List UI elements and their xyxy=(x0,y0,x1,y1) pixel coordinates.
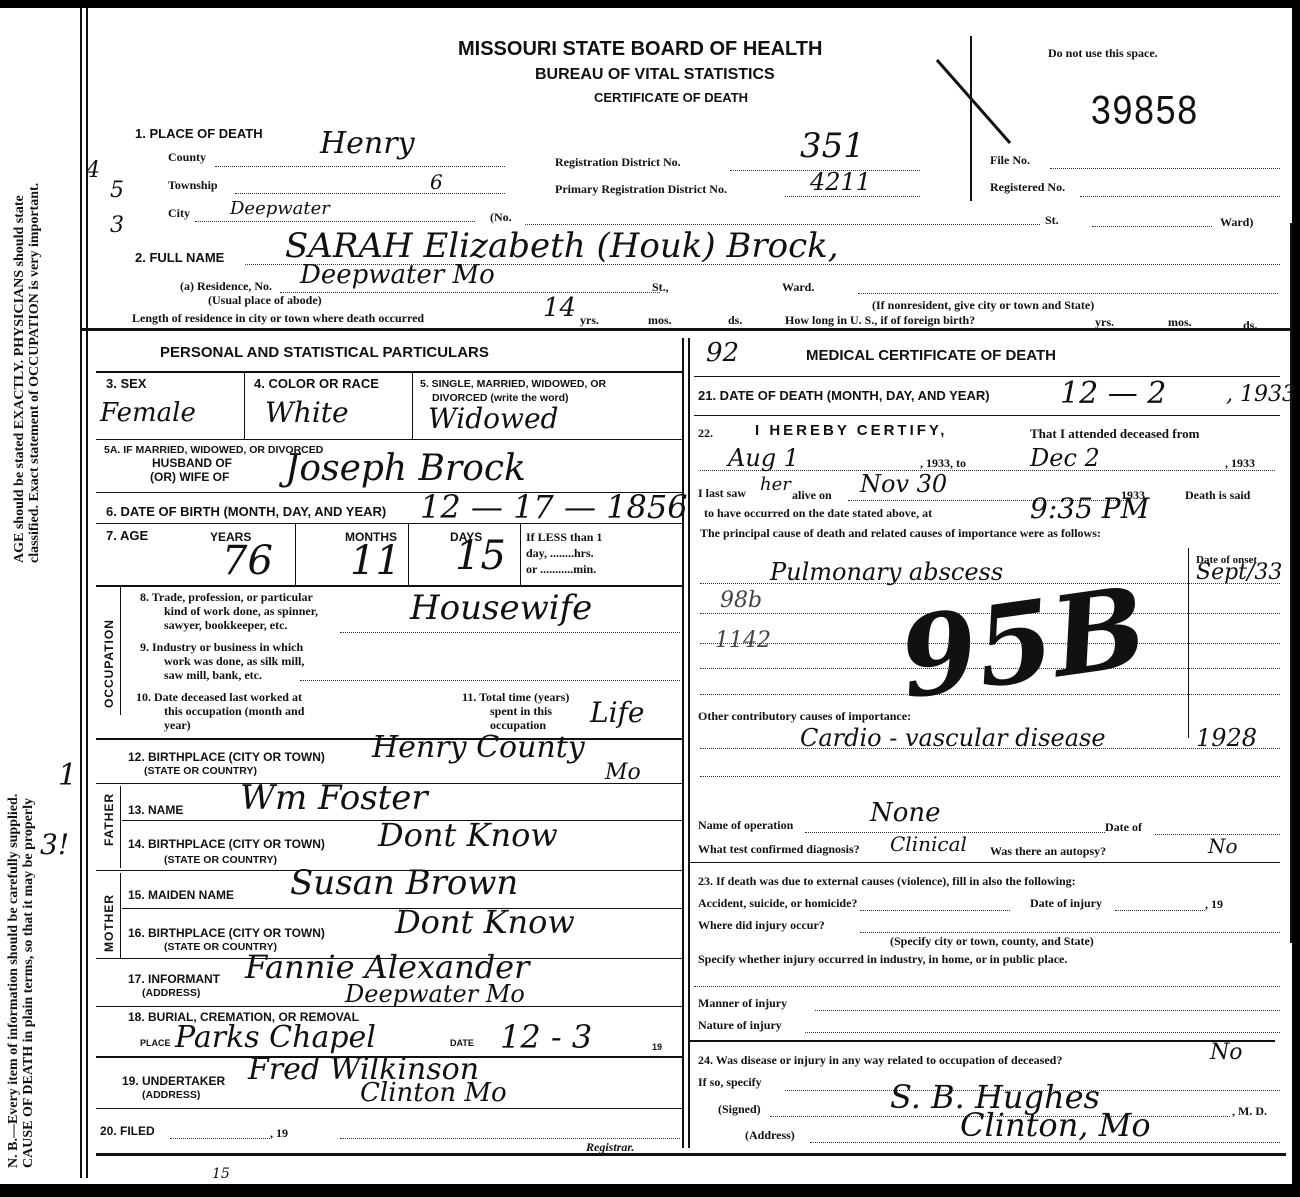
residence-sub: (Usual place of abode) xyxy=(208,293,322,308)
frame-right xyxy=(1290,223,1292,943)
mos-label: mos. xyxy=(648,313,672,328)
burial-place-label: PLACE xyxy=(140,1038,171,1048)
age-days-value: 15 xyxy=(455,533,506,579)
manner-line xyxy=(815,1010,1280,1011)
registrar-line xyxy=(340,1138,680,1139)
burial-place-value: Parks Chapel xyxy=(175,1020,376,1055)
street-no-label: (No. xyxy=(490,210,512,225)
spouse-label-3: (OR) WIFE OF xyxy=(150,470,229,484)
father-name-value: Wm Foster xyxy=(240,778,428,818)
certify-number: 22. xyxy=(698,426,713,441)
injury-date-label: Date of injury xyxy=(1030,896,1102,911)
length-residence-label: Length of residence in city or town wher… xyxy=(132,311,424,326)
alive-on-value: Nov 30 xyxy=(860,470,947,498)
informant-label: 17. INFORMANT xyxy=(128,972,220,986)
last-worked-label-2: this occupation (month and xyxy=(164,704,304,719)
center-divider xyxy=(682,338,684,1148)
birthplace-label: 12. BIRTHPLACE (CITY OR TOWN) xyxy=(128,750,325,764)
death-said-label: Death is said xyxy=(1185,488,1250,503)
birthplace-value: Henry County xyxy=(372,730,585,765)
foreign-birth-label: How long in U. S., if of foreign birth? xyxy=(785,313,975,328)
mother-side-label: MOTHER xyxy=(102,894,116,952)
father-side-rule xyxy=(120,786,121,868)
primary-registration-line xyxy=(785,196,920,197)
less-than-label-3: or ...........min. xyxy=(526,562,596,577)
form-title: MISSOURI STATE BOARD OF HEALTH xyxy=(458,38,822,61)
burial-date-label: DATE xyxy=(450,1038,474,1048)
injury-year: , 19 xyxy=(1205,897,1223,912)
age-months-value: 11 xyxy=(350,538,401,584)
spouse-label-2: HUSBAND OF xyxy=(152,456,232,470)
trade-line xyxy=(340,632,680,633)
marital-value: Widowed xyxy=(428,402,558,435)
frame-left-inner xyxy=(86,8,88,1178)
attended-from-value: Aug 1 xyxy=(728,444,799,472)
last-saw-label: I last saw xyxy=(698,486,746,501)
township-label: Township xyxy=(168,178,218,193)
county-label: County xyxy=(168,150,206,165)
margin-line: CAUSE OF DEATH in plain terms, so that i… xyxy=(21,794,36,1168)
residence-st-label: St., xyxy=(652,280,669,295)
mother-birthplace-value: Dont Know xyxy=(395,903,575,941)
county-line xyxy=(215,166,505,167)
undertaker-address: Clinton Mo xyxy=(360,1078,507,1108)
external-causes-label: 23. If death was due to external causes … xyxy=(698,874,1076,889)
cause-intro: The principal cause of death and related… xyxy=(700,526,1101,541)
rule xyxy=(694,415,1280,416)
signed-label: (Signed) xyxy=(718,1102,761,1117)
marital-label: 5. SINGLE, MARRIED, WIDOWED, OR xyxy=(420,378,606,390)
contributory-onset: 1928 xyxy=(1196,724,1257,752)
accident-label: Accident, suicide, or homicide? xyxy=(698,896,857,911)
nature-line xyxy=(805,1032,1280,1033)
street-st-label: St. xyxy=(1045,213,1059,228)
specify-injury-line xyxy=(694,986,1280,987)
dob-value: 12 — 17 — 1856 xyxy=(420,488,688,526)
cell-divider xyxy=(520,523,521,585)
township-line xyxy=(235,193,505,194)
rule xyxy=(690,862,1280,863)
registration-district-label: Registration District No. xyxy=(555,155,681,170)
father-birthplace-sub: (STATE OR COUNTRY) xyxy=(164,854,277,866)
residence-line xyxy=(280,292,660,293)
occupation-side-rule xyxy=(120,585,121,715)
dob-label: 6. DATE OF BIRTH (MONTH, DAY, AND YEAR) xyxy=(106,504,386,519)
bottom-rule xyxy=(96,1153,1286,1156)
rule xyxy=(96,439,682,440)
operation-date-label: Date of xyxy=(1105,820,1142,835)
test-value: Clinical xyxy=(890,832,967,856)
last-worked-label-3: year) xyxy=(164,718,191,733)
footer-mark: 15 xyxy=(212,1166,230,1182)
medical-corner-mark: 92 xyxy=(706,338,739,368)
test-label: What test confirmed diagnosis? xyxy=(698,842,860,857)
cell-divider xyxy=(244,371,245,439)
attended-to-value: Dec 2 xyxy=(1030,444,1100,472)
manner-of-injury-label: Manner of injury xyxy=(698,996,787,1011)
place-of-death-label: 1. PLACE OF DEATH xyxy=(135,126,263,141)
sex-value: Female xyxy=(100,398,196,428)
handwritten-mark: 3! xyxy=(40,828,69,861)
last-worked-label-1: 10. Date deceased last worked at xyxy=(136,690,302,705)
pen-stroke xyxy=(935,58,1015,148)
occupation-related-value: No xyxy=(1210,1040,1243,1065)
industry-label-3: saw mill, bank, etc. xyxy=(164,668,262,683)
county-value: Henry xyxy=(320,126,415,161)
sex-label: 3. SEX xyxy=(106,376,146,391)
last-saw-who: her xyxy=(760,474,791,495)
rule xyxy=(96,523,682,524)
primary-registration-value: 4211 xyxy=(810,168,871,196)
frame-left xyxy=(80,8,82,1178)
contributory-line-2 xyxy=(700,776,1280,777)
rule xyxy=(96,371,682,373)
cell-divider xyxy=(408,523,409,585)
occurred-at-label: to have occurred on the date stated abov… xyxy=(704,506,932,521)
where-injury-label: Where did injury occur? xyxy=(698,918,825,933)
if-so-specify-label: If so, specify xyxy=(698,1075,762,1090)
nonresident-line xyxy=(858,293,1278,294)
occupation-related-label: 24. Was disease or injury in any way rel… xyxy=(698,1053,1062,1068)
margin-instructions-bottom: N. B.—Every item of information should b… xyxy=(6,794,36,1168)
street-ward-label: Ward) xyxy=(1220,215,1253,230)
coding-stamp: 95B xyxy=(894,571,1153,714)
nature-of-injury-label: Nature of injury xyxy=(698,1018,782,1033)
do-not-use-label: Do not use this space. xyxy=(1048,46,1158,61)
trade-label-2: kind of work done, as spinner, xyxy=(164,604,318,619)
address-label: (Address) xyxy=(745,1128,795,1143)
handwritten-mark: 3 xyxy=(110,213,124,238)
alive-on-label: alive on xyxy=(792,488,832,503)
bureau-title: BUREAU OF VITAL STATISTICS xyxy=(535,66,775,84)
total-time-value: Life xyxy=(590,696,644,729)
where-injury-line xyxy=(860,932,1280,933)
certificate-number: 39858 xyxy=(1090,89,1198,136)
coding-annotation-b: 1142 xyxy=(715,628,771,653)
industry-label-1: 9. Industry or business in which xyxy=(140,640,303,655)
mother-name-label: 15. MAIDEN NAME xyxy=(128,888,234,902)
total-time-label-1: 11. Total time (years) xyxy=(462,690,569,705)
filed-year: , 19 xyxy=(270,1126,288,1141)
physician-address: Clinton, Mo xyxy=(960,1106,1151,1144)
father-name-label: 13. NAME xyxy=(128,803,183,817)
age-years-value: 76 xyxy=(222,538,273,584)
handwritten-mark: 4 xyxy=(86,158,100,183)
residence-value: Deepwater Mo xyxy=(300,260,495,290)
burial-date-value: 12 - 3 xyxy=(500,1018,592,1056)
coding-annotation-a: 98b xyxy=(720,588,762,613)
margin-instructions-top: AGE should be stated EXACTLY. PHYSICIANS… xyxy=(12,183,42,563)
industry-line xyxy=(300,680,680,681)
rule xyxy=(690,1040,1275,1042)
contributory-value: Cardio - vascular disease xyxy=(800,724,1106,752)
registered-no-label: Registered No. xyxy=(990,180,1065,195)
trade-label-1: 8. Trade, profession, or particular xyxy=(140,590,313,605)
informant-address: Deepwater Mo xyxy=(345,980,525,1008)
filed-label: 20. FILED xyxy=(100,1124,155,1138)
certify-label: I HEREBY CERTIFY, xyxy=(755,422,947,439)
margin-line: AGE should be stated EXACTLY. PHYSICIANS… xyxy=(12,183,27,563)
accident-line xyxy=(860,910,1010,911)
trade-label-3: sawyer, bookkeeper, etc. xyxy=(164,618,287,633)
cell-divider xyxy=(412,371,413,439)
rule xyxy=(96,1006,682,1007)
injury-date-line xyxy=(1115,910,1205,911)
city-label: City xyxy=(168,206,190,221)
date-of-death-label: 21. DATE OF DEATH (MONTH, DAY, AND YEAR) xyxy=(698,388,990,403)
spouse-value: Joseph Brock xyxy=(285,448,526,489)
full-name-label: 2. FULL NAME xyxy=(135,250,224,265)
less-than-label-2: day, ........hrs. xyxy=(526,546,594,561)
total-time-label-2: spent in this xyxy=(490,704,552,719)
less-than-label-1: If LESS than 1 xyxy=(526,530,602,545)
mother-birthplace-label: 16. BIRTHPLACE (CITY OR TOWN) xyxy=(128,926,325,940)
handwritten-mark: 1 xyxy=(58,758,77,793)
date-of-death-value: 12 — 2 xyxy=(1060,376,1166,411)
registration-district-value: 351 xyxy=(800,126,865,166)
ds-label: ds. xyxy=(728,313,742,328)
nonresident-note: (If nonresident, give city or town and S… xyxy=(872,298,1094,313)
operation-value: None xyxy=(870,798,941,828)
race-value: White xyxy=(265,396,349,429)
length-residence-value: 14 xyxy=(543,293,576,323)
header-bottom-rule xyxy=(82,328,1290,331)
industry-label-2: work was done, as silk mill, xyxy=(164,654,304,669)
father-birthplace-label: 14. BIRTHPLACE (CITY OR TOWN) xyxy=(128,837,325,851)
yrs-label: yrs. xyxy=(580,313,599,328)
trade-value: Housewife xyxy=(410,588,592,628)
occupation-side-label: OCCUPATION xyxy=(102,619,116,708)
age-label: 7. AGE xyxy=(106,528,148,543)
margin-line: classified. Exact statement of OCCUPATIO… xyxy=(27,183,42,563)
operation-label: Name of operation xyxy=(698,818,793,833)
autopsy-label: Was there an autopsy? xyxy=(990,844,1106,859)
cell-divider xyxy=(295,523,296,585)
file-no-label: File No. xyxy=(990,153,1030,168)
street-line xyxy=(525,224,1040,225)
father-birthplace-value: Dont Know xyxy=(378,816,558,854)
informant-sub: (ADDRESS) xyxy=(142,987,200,999)
city-line xyxy=(195,221,475,222)
md-label: , M. D. xyxy=(1232,1104,1267,1119)
city-value: Deepwater xyxy=(230,198,330,219)
birthplace-sub: (STATE OR COUNTRY) xyxy=(144,765,257,777)
father-side-label: FATHER xyxy=(102,793,116,846)
center-divider-inner xyxy=(688,338,690,1148)
mother-name-value: Susan Brown xyxy=(290,863,518,903)
attended-to-year: , 1933 xyxy=(1225,456,1255,471)
handwritten-mark: 5 xyxy=(110,178,124,203)
certificate-subtitle: CERTIFICATE OF DEATH xyxy=(594,90,748,105)
primary-registration-label: Primary Registration District No. xyxy=(555,182,727,197)
rule xyxy=(96,1108,682,1109)
certify-text: That I attended deceased from xyxy=(1030,426,1199,442)
filed-line xyxy=(170,1138,270,1139)
undertaker-sub: (ADDRESS) xyxy=(142,1089,200,1101)
where-injury-sub: (Specify city or town, county, and State… xyxy=(890,934,1094,949)
contributory-label: Other contributory causes of importance: xyxy=(698,709,911,724)
birthplace-state: Mo xyxy=(605,760,641,785)
time-of-death-value: 9:35 PM xyxy=(1030,492,1149,525)
margin-line: N. B.—Every item of information should b… xyxy=(6,794,21,1168)
death-certificate: AGE should be stated EXACTLY. PHYSICIANS… xyxy=(0,8,1292,1184)
ward-line xyxy=(1092,226,1212,227)
onset-value: Sept/33 xyxy=(1196,560,1282,585)
race-label: 4. COLOR OR RACE xyxy=(254,376,379,391)
rule xyxy=(694,376,1280,377)
undertaker-label: 19. UNDERTAKER xyxy=(122,1074,225,1088)
personal-section-title: PERSONAL AND STATISTICAL PARTICULARS xyxy=(160,344,489,361)
autopsy-value: No xyxy=(1208,834,1238,858)
attended-from-year: , 1933, to xyxy=(920,456,966,471)
mother-side-rule xyxy=(120,873,121,958)
township-value: 6 xyxy=(430,170,443,194)
registered-no-line xyxy=(1080,196,1280,197)
rule xyxy=(96,585,682,587)
residence-label: (a) Residence, No. xyxy=(180,279,272,294)
principal-cause-value: Pulmonary abscess xyxy=(770,558,1003,586)
file-no-line xyxy=(1050,168,1280,169)
residence-ward-label: Ward. xyxy=(782,280,814,295)
specify-injury-label: Specify whether injury occurred in indus… xyxy=(698,952,1067,967)
medical-section-title: MEDICAL CERTIFICATE OF DEATH xyxy=(806,347,1056,364)
burial-year-label: 19 xyxy=(652,1042,662,1052)
date-of-death-year: , 1933 xyxy=(1226,382,1296,407)
